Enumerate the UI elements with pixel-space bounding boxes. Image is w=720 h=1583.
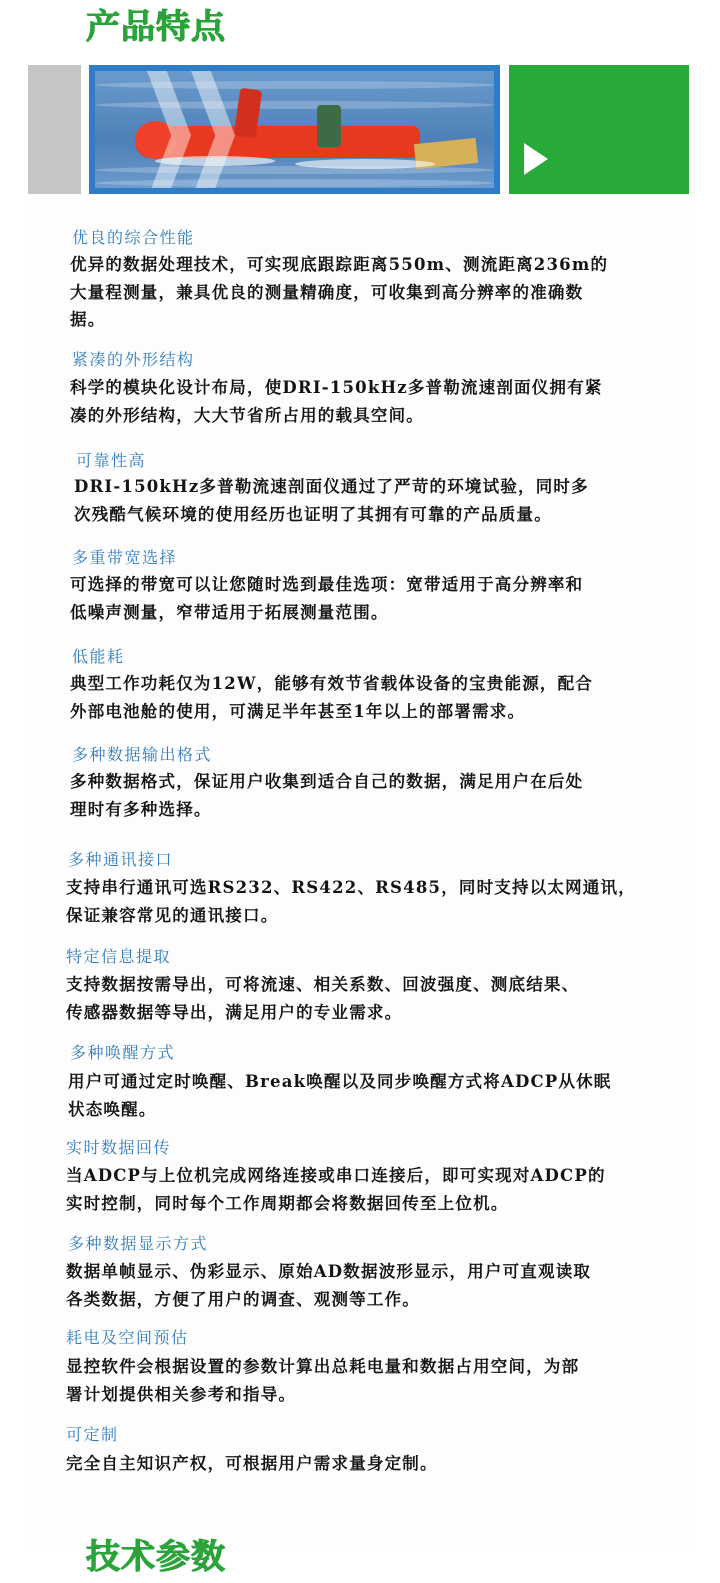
- banner-green-block[interactable]: [509, 65, 689, 194]
- feature-heading: 可定制: [66, 1424, 119, 1446]
- feature-heading: 多种唤醒方式: [70, 1042, 175, 1064]
- buoy-green-canister: [317, 105, 341, 147]
- product-banner: [28, 65, 688, 195]
- feature-body: 用户可通过定时唤醒、Break唤醒以及同步唤醒方式将ADCP从休眠 状态唤醒。: [68, 1068, 658, 1123]
- feature-heading: 优良的综合性能: [72, 227, 195, 249]
- feature-heading: 多种数据输出格式: [72, 744, 212, 766]
- section-title-specs: 技术参数: [86, 1540, 226, 1574]
- feature-heading: 多重带宽选择: [72, 547, 177, 569]
- feature-heading: 耗电及空间预估: [66, 1327, 189, 1349]
- feature-heading: 多种通讯接口: [68, 849, 173, 871]
- feature-body: 优异的数据处理技术，可实现底跟踪距离550m、测流距离236m的 大量程测量，兼…: [70, 251, 660, 334]
- feature-body: 多种数据格式，保证用户收集到适合自己的数据，满足用户在后处 理时有多种选择。: [70, 768, 660, 823]
- feature-heading: 可靠性高: [76, 450, 146, 472]
- feature-body: 完全自主知识产权，可根据用户需求量身定制。: [66, 1450, 656, 1478]
- banner-photo: [89, 65, 500, 194]
- banner-gray-block: [28, 65, 81, 194]
- section-title-features: 产品特点: [86, 10, 226, 44]
- feature-heading: 特定信息提取: [66, 946, 171, 968]
- feature-body: 当ADCP与上位机完成网络连接或串口连接后，即可实现对ADCP的 实时控制，同时…: [66, 1162, 656, 1217]
- feature-heading: 实时数据回传: [66, 1137, 171, 1159]
- feature-body: 支持串行通讯可选RS232、RS422、RS485，同时支持以太网通讯， 保证兼…: [66, 874, 656, 929]
- feature-heading: 紧凑的外形结构: [72, 349, 195, 371]
- feature-body: DRⅠ-150kHz多普勒流速剖面仪通过了严苛的环境试验，同时多 次残酷气候环境…: [74, 473, 664, 528]
- feature-body: 可选择的带宽可以让您随时选到最佳选项：宽带适用于高分辨率和 低噪声测量，窄带适用…: [70, 571, 660, 626]
- feature-body: 显控软件会根据设置的参数计算出总耗电量和数据占用空间，为部 署计划提供相关参考和…: [66, 1353, 656, 1408]
- feature-body: 数据单帧显示、伪彩显示、原始AD数据波形显示，用户可直观读取 各类数据，方便了用…: [66, 1258, 656, 1313]
- feature-body: 科学的模块化设计布局，使DRⅠ-150kHz多普勒流速剖面仪拥有紧 凑的外形结构…: [70, 374, 660, 429]
- play-icon[interactable]: [524, 143, 548, 175]
- feature-heading: 低能耗: [72, 646, 125, 668]
- feature-body: 典型工作功耗仅为12W，能够有效节省载体设备的宝贵能源，配合 外部电池舱的使用，…: [70, 670, 660, 725]
- feature-heading: 多种数据显示方式: [68, 1233, 208, 1255]
- feature-body: 支持数据按需导出，可将流速、相关系数、回波强度、测底结果、 传感器数据等导出，满…: [66, 971, 656, 1026]
